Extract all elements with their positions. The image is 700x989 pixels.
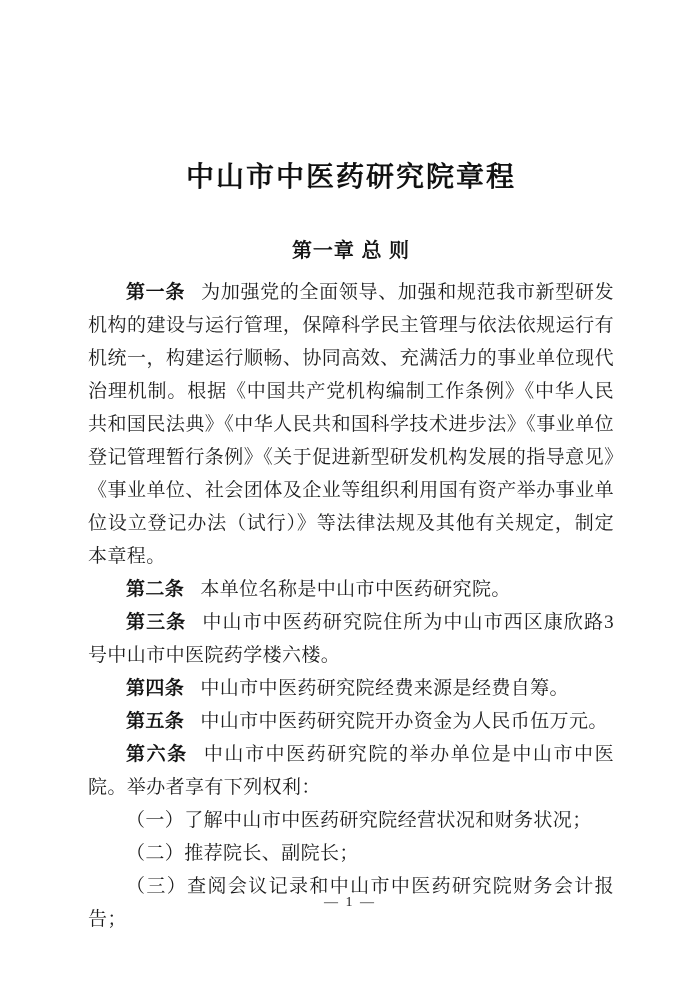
article-number: 第二条 <box>126 579 184 600</box>
paragraph: 第五条中山市中医药研究院开办资金为人民币伍万元。 <box>88 705 614 738</box>
article-number: 第六条 <box>126 744 188 765</box>
article-number: 第一条 <box>126 282 185 303</box>
paragraph-text: 本单位名称是中山市中医药研究院。 <box>200 579 510 600</box>
document-body: 第一条为加强党的全面领导、加强和规范我市新型研发机构的建设与运行管理，保障科学民… <box>88 276 614 936</box>
article-number: 第四条 <box>126 678 184 699</box>
paragraph: 第二条本单位名称是中山市中医药研究院。 <box>88 573 614 606</box>
paragraph: 第四条中山市中医药研究院经费来源是经费自筹。 <box>88 672 614 705</box>
paragraph-text: 为加强党的全面领导、加强和规范我市新型研发机构的建设与运行管理，保障科学民主管理… <box>88 282 614 567</box>
article-number: 第三条 <box>126 612 186 633</box>
paragraph: （二）推荐院长、副院长； <box>88 837 614 870</box>
document-title: 中山市中医药研究院章程 <box>88 158 614 198</box>
paragraph: （一）了解中山市中医药研究院经营状况和财务状况； <box>88 804 614 837</box>
paragraph-text: 中山市中医药研究院开办资金为人民币伍万元。 <box>200 711 607 732</box>
article-number: 第五条 <box>126 711 184 732</box>
document-page: 中山市中医药研究院章程 第一章 总 则 第一条为加强党的全面领导、加强和规范我市… <box>0 0 700 989</box>
page-number: — 1 — <box>0 895 700 911</box>
paragraph-text: （二）推荐院长、副院长； <box>126 843 359 864</box>
paragraph-text: （一）了解中山市中医药研究院经营状况和财务状况； <box>126 810 592 831</box>
paragraph: 第一条为加强党的全面领导、加强和规范我市新型研发机构的建设与运行管理，保障科学民… <box>88 276 614 573</box>
chapter-heading: 第一章 总 则 <box>88 238 614 264</box>
paragraph: 第三条中山市中医药研究院住所为中山市西区康欣路3号中山市中医院药学楼六楼。 <box>88 606 614 672</box>
paragraph: 第六条中山市中医药研究院的举办单位是中山市中医院。举办者享有下列权利： <box>88 738 614 804</box>
paragraph-text: 中山市中医药研究院经费来源是经费自筹。 <box>200 678 569 699</box>
